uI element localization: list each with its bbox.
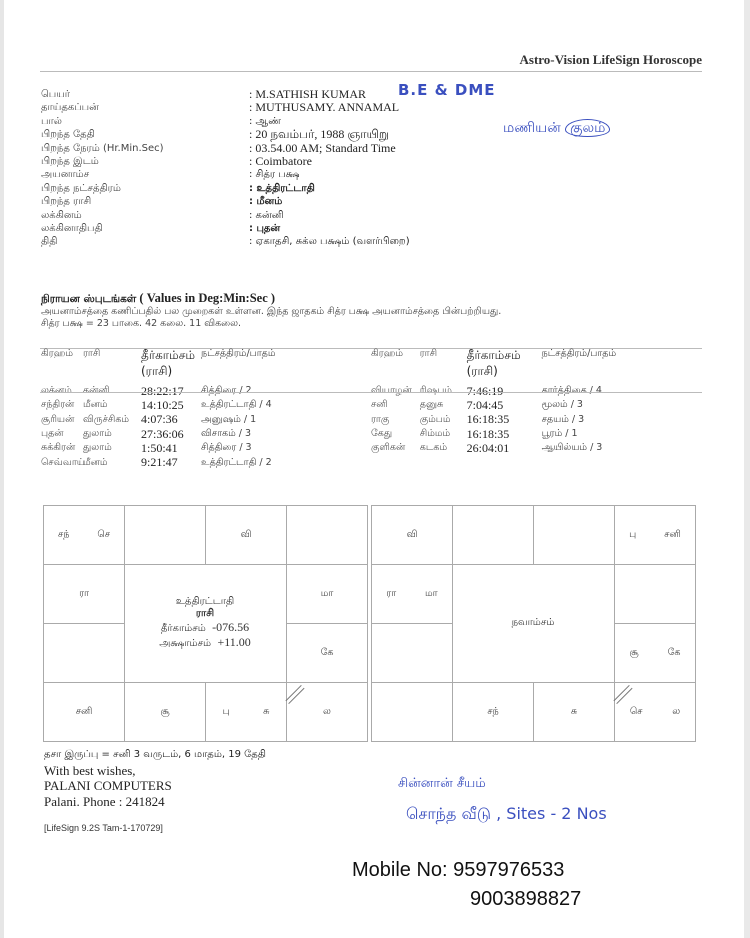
detail-value: : சித்ர பக்ஷ (249, 168, 300, 181)
company-phone: Palani. Phone : 241824 (44, 794, 266, 810)
planet-label: கே (668, 647, 681, 659)
detail-row: பிறந்த நேரம் (Hr.Min.Sec): 03.54.00 AM; … (41, 142, 410, 155)
detail-label: லக்கினாதிபதி (41, 222, 249, 235)
note-line-2: சித்ர பக்ஷ = 23 பாகை. 42 கலை. 11 விகலை. (41, 318, 501, 330)
mobile-line-2: 9003898827 (352, 885, 581, 914)
detail-value: : MUTHUSAMY. ANNAMAL (249, 101, 399, 114)
planet-label: சந் (58, 529, 69, 541)
table-cell: 14:10:25 (141, 398, 201, 413)
rasi-longitude: தீர்காம்சம் -076.56 (161, 620, 249, 635)
detail-row: பால்: ஆண் (41, 115, 410, 128)
table-cell: துலாம் (83, 428, 141, 440)
detail-label: லக்கினம் (41, 209, 249, 222)
table-cell: விசாகம் / 3 (201, 428, 371, 440)
detail-value: : புதன் (249, 222, 280, 235)
detail-value: : மீனம் (249, 195, 282, 208)
detail-label: திதி (41, 235, 249, 248)
planet-label: சனி (664, 529, 681, 541)
table-row: சனிதனுசு7:04:45மூலம் / 3 (371, 398, 701, 412)
table-cell: ஆயில்யம் / 3 (542, 442, 701, 454)
table-cell: 7:04:45 (467, 398, 542, 413)
software-version: [LifeSign 9.2S Tam-1-170729] (44, 823, 163, 833)
house-makaram (43, 623, 125, 683)
table-cell: உத்திரட்டாதி / 2 (201, 457, 371, 469)
detail-row: பிறந்த நட்சத்திரம்: உத்திரட்டாதி (41, 182, 410, 195)
table-cell: ராகு (371, 414, 420, 426)
table-cell: சதயம் / 3 (542, 414, 701, 426)
column-header: கிரஹம் (41, 348, 83, 384)
table-cell: 26:04:01 (467, 441, 542, 456)
planet-label: பு (223, 706, 230, 718)
table-cell: சனி (371, 399, 420, 411)
table-header: கிரஹம்ராசிதீர்காம்சம் (ராசி)நட்சத்திரம்/… (41, 348, 701, 384)
planet-label: பு (629, 529, 636, 541)
ayanamsa-note: அயனாம்சத்தை கணிப்பதில் பல முறைகள் உள்ளன.… (41, 306, 501, 330)
table-cell: மீனம் (83, 457, 141, 469)
birth-details: பெயர்: M.SATHISH KUMARதாய்தகப்பன்: MUTHU… (41, 88, 410, 249)
detail-value: : 20 நவம்பர், 1988 ஞாயிறு (249, 128, 389, 141)
table-row: செவ்வாய்மீனம்9:21:47உத்திரட்டாதி / 2 (41, 455, 371, 469)
table-left-column: லக்னம்கன்னி28:22:17சித்திரை / 2சந்திரன்ம… (41, 384, 371, 470)
mobile-line-1: Mobile No: 9597976533 (352, 856, 581, 885)
table-row: புதன்துலாம்27:36:06விசாகம் / 3 (41, 427, 371, 441)
detail-label: பிறந்த இடம் (41, 155, 249, 168)
planet-label: வி (407, 529, 418, 541)
detail-row: பெயர்: M.SATHISH KUMAR (41, 88, 410, 101)
table-cell: கடகம் (420, 442, 467, 454)
rasi-chart: சந்செவிராமாகேசனிசூபுசுல உத்திரட்டாதி ராச… (43, 505, 367, 740)
house-meenam: வி (371, 505, 453, 565)
column-header: ராசி (420, 348, 467, 384)
handwritten-caste: மணியன் குலம் (503, 120, 610, 138)
house-mithunam (286, 505, 368, 565)
house-kumbam: ரா (43, 564, 125, 624)
rasi-chart-center: உத்திரட்டாதி ராசி தீர்காம்சம் -076.56 அக… (124, 564, 286, 682)
table-cell: 1:50:41 (141, 441, 201, 456)
planet-label: சூ (160, 706, 169, 718)
table-cell: சூரியன் (41, 414, 83, 426)
detail-value: : கன்னி (249, 209, 284, 222)
page-edge-right (744, 0, 750, 938)
caste-circled: குலம் (565, 119, 610, 137)
detail-value: : ஆண் (249, 115, 281, 128)
house-viruchigam: சந் (452, 682, 534, 742)
planet-label: ரா (79, 588, 89, 600)
detail-label: அயனாம்ச (41, 168, 249, 181)
table-cell: சுக்கிரன் (41, 442, 83, 454)
rasi-center-label: ராசி (196, 608, 214, 620)
detail-row: திதி: ஏகாதசி, சுக்ல பக்ஷம் (வளர்பிறை) (41, 235, 410, 248)
handwritten-property-2: சொந்த வீடு , Sites - 2 Nos (406, 804, 607, 825)
planet-label: மா (425, 588, 438, 600)
navamsa-chart-center: நவாம்சம் (452, 564, 614, 682)
table-cell: கேது (371, 428, 420, 440)
house-kumbam: ராமா (371, 564, 453, 624)
planet-label: சூ (630, 647, 639, 659)
table-cell: குளிகன் (371, 442, 420, 454)
table-right-column: வியாழன்ரிஷபம்7:46:19கார்த்திகை / 4சனிதனு… (371, 384, 701, 470)
header-rule (40, 71, 702, 72)
planet-label: ல (672, 706, 680, 718)
table-cell: 9:21:47 (141, 455, 201, 470)
detail-label: பால் (41, 115, 249, 128)
table-cell: சந்திரன் (41, 399, 83, 411)
planet-label: செ (97, 529, 110, 541)
table-cell: சிம்மம் (420, 428, 467, 440)
planet-label: கே (321, 647, 334, 659)
house-rishabam: வி (205, 505, 287, 565)
mobile-numbers: Mobile No: 9597976533 9003898827 (352, 856, 581, 914)
house-mesham (124, 505, 206, 565)
detail-row: லக்கினம்: கன்னி (41, 209, 410, 222)
positions-title: நிராயன ஸ்புடங்கள் ( Values in Deg:Min:Se… (41, 291, 275, 306)
table-cell: துலாம் (83, 442, 141, 454)
table-cell: மீனம் (83, 399, 141, 411)
house-makaram (371, 623, 453, 683)
detail-row: பிறந்த இடம்: Coimbatore (41, 155, 410, 168)
column-header: ராசி (83, 348, 141, 384)
house-kadakam (614, 564, 696, 624)
table-cell: புதன் (41, 428, 83, 440)
caste-prefix: மணியன் (503, 120, 561, 136)
table-cell: 16:18:35 (467, 412, 542, 427)
detail-label: தாய்தகப்பன் (41, 101, 249, 114)
planet-label: சு (571, 706, 577, 718)
detail-label: பிறந்த தேதி (41, 128, 249, 141)
column-header: நட்சத்திரம்/பாதம் (542, 348, 701, 384)
table-cell: விருச்சிகம் (83, 414, 141, 426)
house-rishabam (533, 505, 615, 565)
detail-value: : உத்திரட்டாதி (249, 182, 315, 195)
house-simmam: சூகே (614, 623, 696, 683)
table-cell: தனுசு (420, 399, 467, 411)
header-group: கிரஹம்ராசிதீர்காம்சம் (ராசி)நட்சத்திரம்/… (41, 348, 371, 384)
column-header: தீர்காம்சம் (ராசி) (467, 348, 542, 384)
table-cell: செவ்வாய் (41, 457, 83, 469)
planet-label: ல (323, 706, 331, 718)
wishes: With best wishes, (44, 763, 266, 779)
company-name: PALANI COMPUTERS (44, 778, 266, 794)
table-cell: உத்திரட்டாதி / 4 (201, 399, 371, 411)
house-meenam: சந்செ (43, 505, 125, 565)
navamsa-chart: விபுசனிராமாசூகேசந்சுசெல நவாம்சம் (371, 505, 695, 740)
house-thulam: புசு (205, 682, 287, 742)
rasi-latitude: அக்ஷாம்சம் +11.00 (159, 635, 251, 650)
table-header-rule (40, 392, 702, 393)
detail-row: பிறந்த தேதி: 20 நவம்பர், 1988 ஞாயிறு (41, 128, 410, 141)
planet-label: வி (241, 529, 252, 541)
detail-value: : Coimbatore (249, 155, 312, 168)
note-line-1: அயனாம்சத்தை கணிப்பதில் பல முறைகள் உள்ளன.… (41, 306, 501, 318)
navamsa-center-label: நவாம்சம் (512, 617, 555, 629)
positions-title-ta: நிராயன ஸ்புடங்கள் (41, 293, 136, 305)
handwritten-degree: B.E & DME (398, 81, 496, 99)
house-viruchigam: சூ (124, 682, 206, 742)
table-cell: மூலம் / 3 (542, 399, 701, 411)
house-thulam: சு (533, 682, 615, 742)
positions-title-en: ( Values in Deg:Min:Sec ) (139, 291, 275, 305)
header-group: கிரஹம்ராசிதீர்காம்சம் (ராசி)நட்சத்திரம்/… (371, 348, 701, 384)
detail-value: : ஏகாதசி, சுக்ல பக்ஷம் (வளர்பிறை) (249, 235, 410, 248)
detail-row: லக்கினாதிபதி: புதன் (41, 222, 410, 235)
table-cell: அனுஷம் / 1 (201, 414, 371, 426)
table-cell: கும்பம் (420, 414, 467, 426)
house-dhanus: சனி (43, 682, 125, 742)
column-header: தீர்காம்சம் (ராசி) (141, 348, 201, 384)
page-edge-left (0, 0, 4, 938)
planet-label: சனி (76, 706, 93, 718)
planet-label: செ (630, 706, 643, 718)
detail-label: பிறந்த நேரம் (Hr.Min.Sec) (41, 142, 249, 155)
house-simmam: கே (286, 623, 368, 683)
detail-value: : M.SATHISH KUMAR (249, 88, 366, 101)
table-row: ராகுகும்பம்16:18:35சதயம் / 3 (371, 413, 701, 427)
table-cell: 27:36:06 (141, 427, 201, 442)
dasa-balance: தசா இருப்பு = சனி 3 வருடம், 6 மாதம், 19 … (44, 747, 266, 763)
table-row: சுக்கிரன்துலாம்1:50:41சித்திரை / 3 (41, 441, 371, 455)
table-cell: 4:07:36 (141, 412, 201, 427)
table-row: குளிகன்கடகம்26:04:01ஆயில்யம் / 3 (371, 441, 701, 455)
table-cell: சித்திரை / 3 (201, 442, 371, 454)
handwritten-property-1: சின்னான் சீயம் (398, 776, 486, 792)
footer: தசா இருப்பு = சனி 3 வருடம், 6 மாதம், 19 … (44, 747, 266, 809)
column-header: கிரஹம் (371, 348, 420, 384)
detail-value: : 03.54.00 AM; Standard Time (249, 142, 396, 155)
planet-label: ரா (386, 588, 396, 600)
table-row: கேதுசிம்மம்16:18:35பூரம் / 1 (371, 427, 701, 441)
planet-label: சந் (487, 706, 498, 718)
column-header: நட்சத்திரம்/பாதம் (201, 348, 371, 384)
detail-row: அயனாம்ச: சித்ர பக்ஷ (41, 168, 410, 181)
house-mithunam: புசனி (614, 505, 696, 565)
planet-label: சு (263, 706, 269, 718)
planet-positions-table: கிரஹம்ராசிதீர்காம்சம் (ராசி)நட்சத்திரம்/… (41, 348, 701, 470)
planet-label: மா (321, 588, 334, 600)
detail-label: பிறந்த ராசி (41, 195, 249, 208)
house-kadakam: மா (286, 564, 368, 624)
detail-row: பிறந்த ராசி: மீனம் (41, 195, 410, 208)
detail-row: தாய்தகப்பன்: MUTHUSAMY. ANNAMAL (41, 101, 410, 114)
detail-label: பிறந்த நட்சத்திரம் (41, 182, 249, 195)
table-cell: 16:18:35 (467, 427, 542, 442)
house-dhanus (371, 682, 453, 742)
brand-title: Astro-Vision LifeSign Horoscope (520, 52, 703, 68)
table-cell: பூரம் / 1 (542, 428, 701, 440)
rasi-center-star: உத்திரட்டாதி (176, 596, 234, 608)
table-row: சூரியன்விருச்சிகம்4:07:36அனுஷம் / 1 (41, 413, 371, 427)
detail-label: பெயர் (41, 88, 249, 101)
house-mesham (452, 505, 534, 565)
table-row: சந்திரன்மீனம்14:10:25உத்திரட்டாதி / 4 (41, 398, 371, 412)
